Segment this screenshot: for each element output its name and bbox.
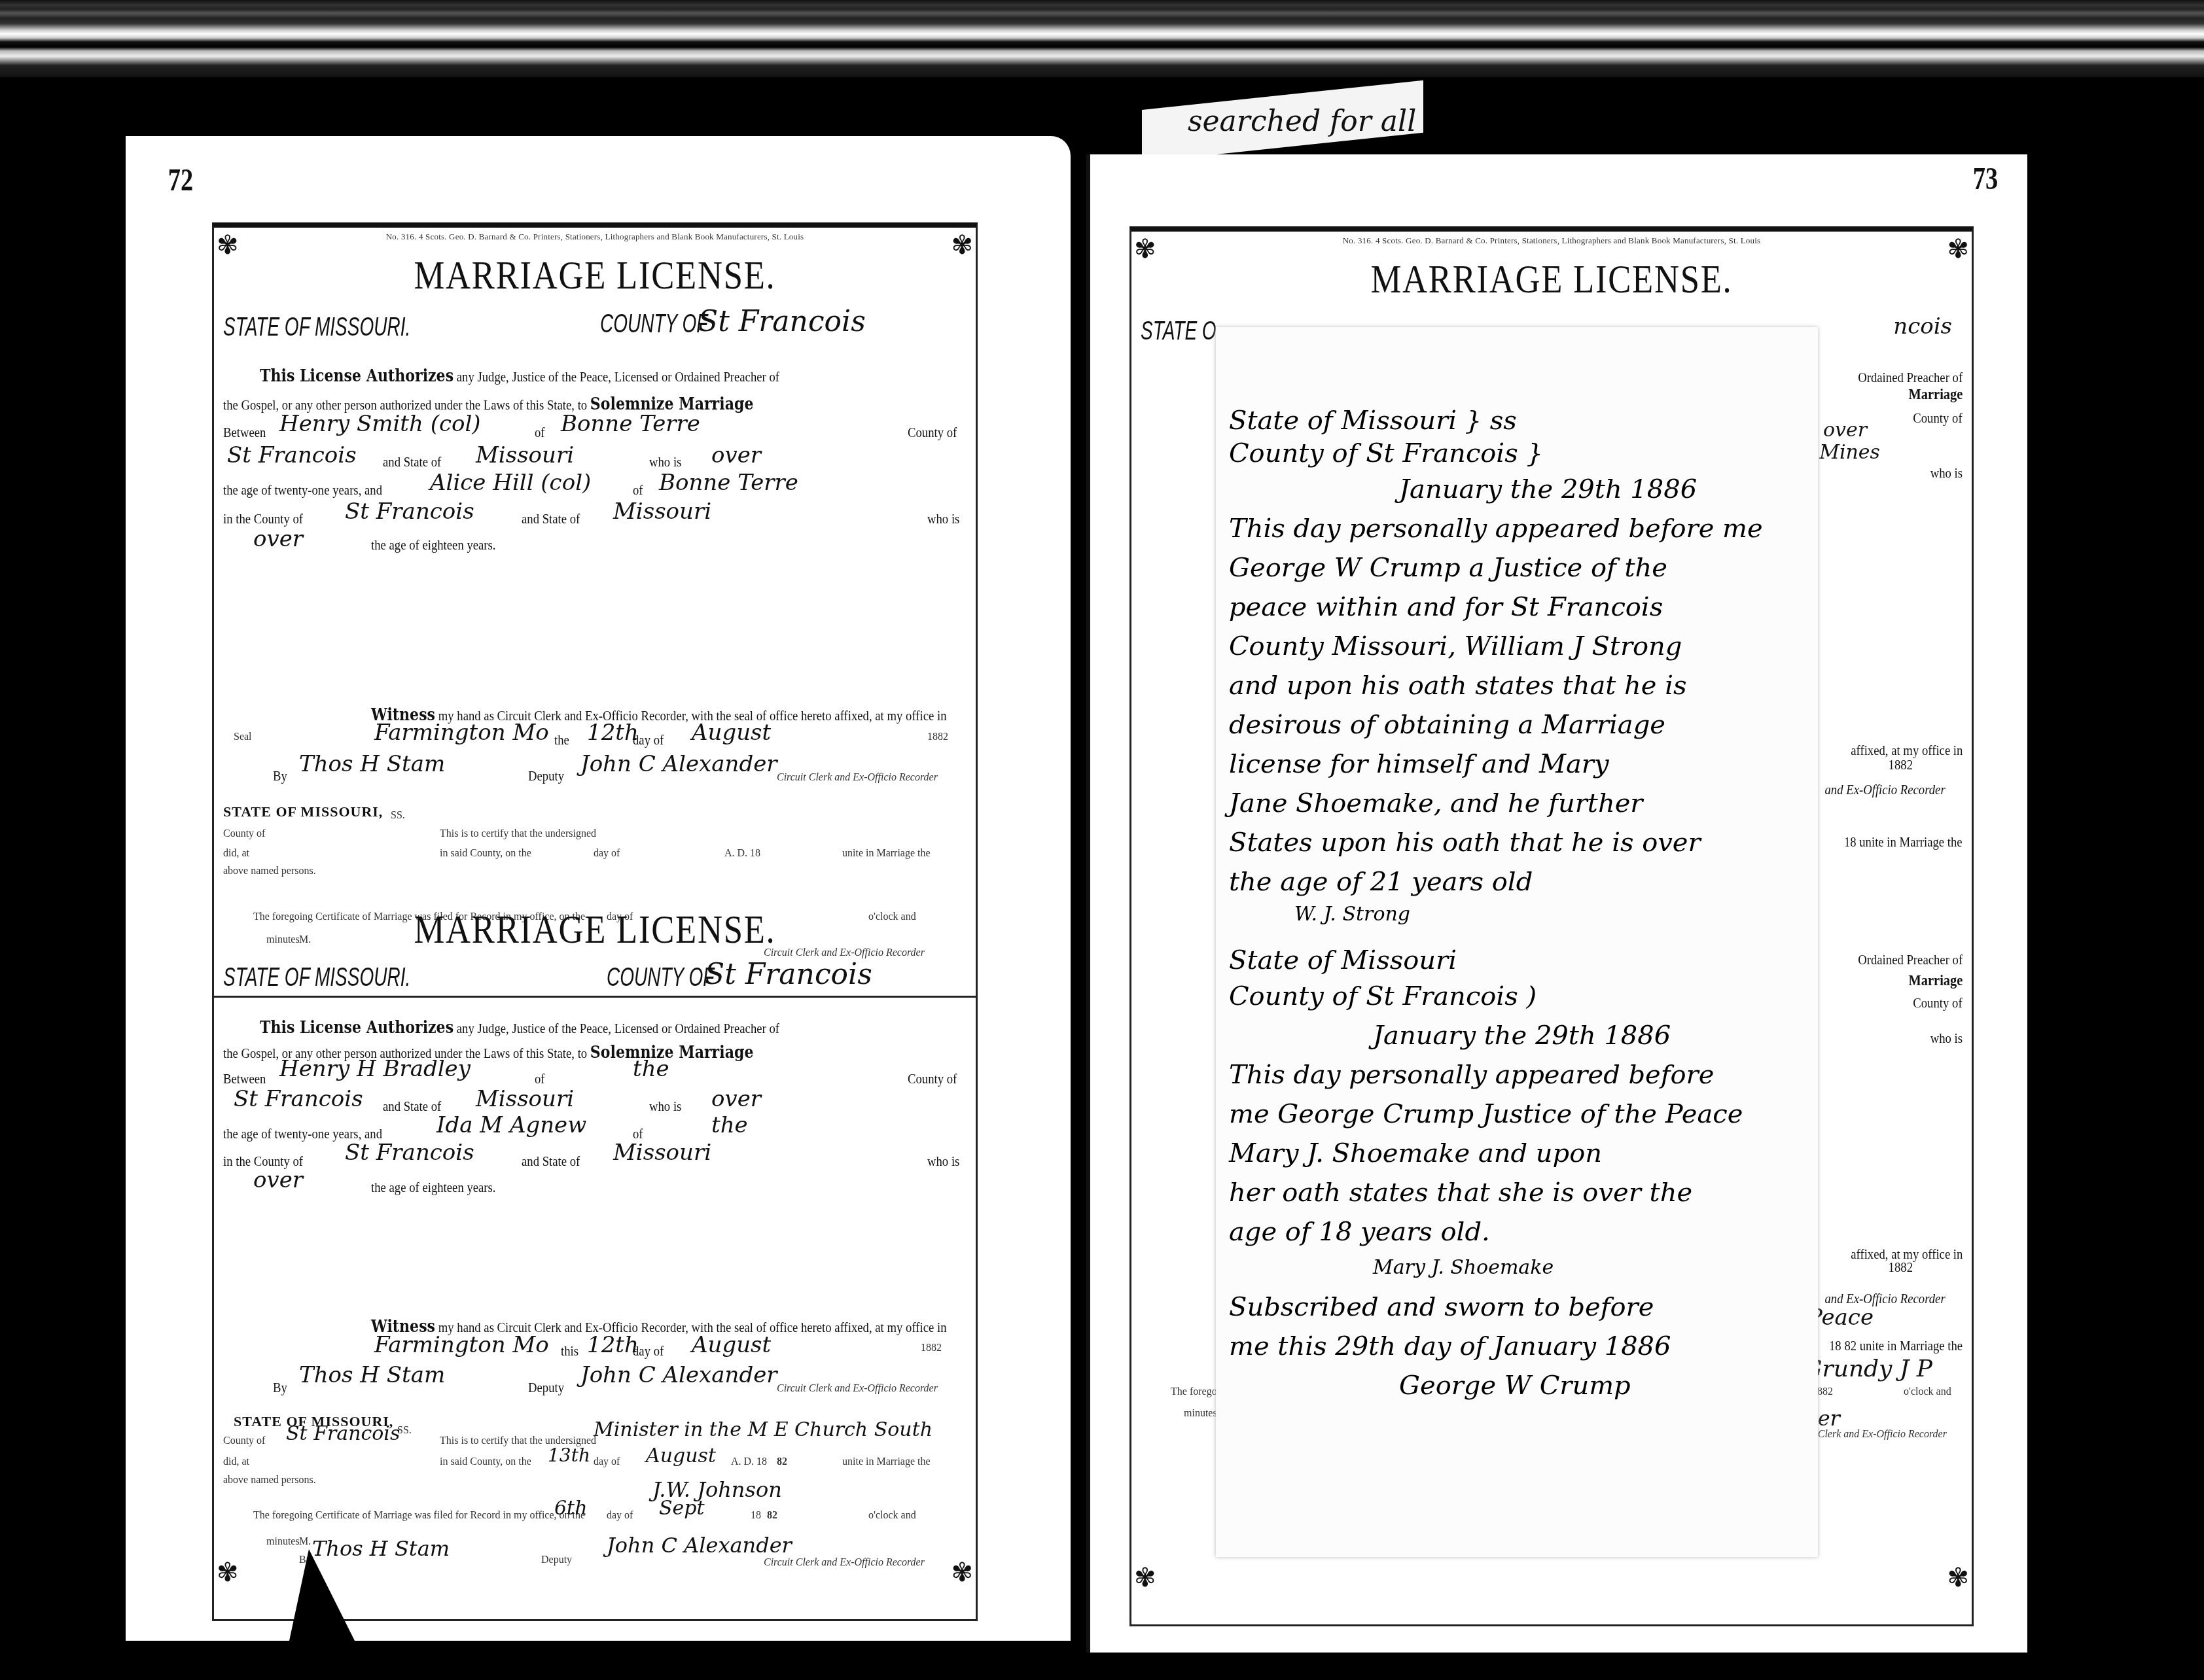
witness-day: 12th — [587, 720, 639, 746]
above-named: above named persons. — [223, 1475, 316, 1486]
affidavit-line: This day personally appeared before me — [1229, 514, 1763, 544]
the-label: the — [554, 731, 569, 748]
day-of-label: day of — [633, 1342, 664, 1359]
between-label: Between — [223, 424, 266, 441]
tab-note-text: searched for all — [1188, 105, 1416, 138]
clerk-signature: John C Alexander — [580, 1362, 777, 1388]
groom-residence: the — [633, 1056, 669, 1082]
witness-year: 1882 — [921, 1342, 942, 1354]
marriage-text: Marriage — [1908, 386, 1963, 404]
unite-text: unite in Marriage the — [842, 848, 931, 860]
groom-age-status: over — [711, 442, 761, 468]
bride-age-status: over — [253, 1167, 303, 1193]
authorizes-line: This License Authorizes any Judge, Justi… — [260, 1018, 779, 1038]
affidavit-line: January the 29th 1886 — [1399, 474, 1697, 504]
county-of-text: County of — [1913, 410, 1963, 427]
mines-value: Mines — [1819, 441, 1880, 464]
groom-state: Missouri — [476, 442, 574, 468]
groom-residence: Bonne Terre — [561, 411, 700, 437]
year-text-2: 1882 — [1889, 1259, 1913, 1276]
affidavit-line: January the 29th 1886 — [1373, 1021, 1671, 1051]
affidavit-line: the age of 21 years old — [1229, 867, 1533, 897]
ornament-icon: ✾ — [217, 1558, 262, 1617]
filed-month: Sept — [659, 1497, 705, 1520]
cert-ss: SS. — [391, 810, 405, 822]
cert-day-of: day of — [594, 848, 620, 860]
of-label: of — [633, 481, 643, 499]
and-state-label: and State of — [522, 1153, 580, 1170]
who-is-label: who is — [649, 453, 681, 470]
page-number: 73 — [1973, 161, 1998, 197]
witness-day: 12th — [587, 1332, 639, 1358]
county-header: COUNTY OF — [600, 309, 707, 339]
of-label: of — [535, 424, 545, 441]
groom-county: St Francois — [227, 442, 357, 468]
affidavit-line: and upon his oath states that he is — [1229, 671, 1687, 701]
seal-label: Seal — [234, 731, 252, 743]
affidavit-line: County of St Francois ) — [1229, 981, 1537, 1011]
license-2: MARRIAGE LICENSE. STATE OF MISSOURI. COU… — [212, 908, 978, 1621]
cert-ad: A. D. 18 — [731, 1456, 767, 1468]
affidavit-line: State of Missouri } ss — [1229, 406, 1517, 436]
affidavit-line: peace within and for St Francois — [1229, 592, 1663, 622]
minutes-text: minutes — [1184, 1408, 1217, 1420]
cert-state: STATE OF MISSOURI, — [223, 803, 383, 820]
affidavit-line: me George Crump Justice of the Peace — [1229, 1099, 1743, 1129]
county-value: St Francois — [705, 958, 872, 991]
printer-line: No. 316. 4 Scots. Geo. D. Barnard & Co. … — [214, 232, 976, 242]
county-of-label: County of — [908, 1070, 957, 1087]
filed-clerk-title: Circuit Clerk and Ex-Officio Recorder — [764, 1557, 925, 1569]
affidavit-line: desirous of obtaining a Marriage — [1229, 710, 1665, 740]
who-is-label: who is — [649, 1098, 681, 1115]
age18-text: the age of eighteen years. — [371, 536, 496, 553]
ornament-icon: ✾ — [1923, 234, 1969, 293]
and-state-label: and State of — [383, 453, 441, 470]
m-text: M. — [299, 1536, 311, 1548]
witness-place: Farmington Mo — [374, 1332, 549, 1358]
in-said-county: in said County, on the — [440, 848, 531, 860]
witness-place: Farmington Mo — [374, 720, 549, 746]
scanner-band — [0, 0, 2204, 77]
certify-text: This is to certify that the undersigned — [440, 828, 596, 840]
cert-county-label: County of — [223, 828, 265, 840]
groom-name: Henry Smith (col) — [279, 411, 481, 437]
filed-by-signature: Thos H Stam — [312, 1536, 450, 1561]
of-label: of — [535, 1070, 545, 1087]
affidavit-line: This day personally appeared before — [1229, 1060, 1714, 1090]
who-is-label: who is — [927, 510, 959, 527]
affidavit-line: George W Crump a Justice of the — [1229, 553, 1667, 583]
witness-month: August — [692, 1332, 771, 1358]
cert-year: 82 — [777, 1456, 787, 1468]
cert-day-of: day of — [594, 1456, 620, 1468]
preacher-text: Ordained Preacher of — [1858, 369, 1963, 386]
oclock-text: o'clock and — [868, 1510, 916, 1522]
groom-age-status: over — [711, 1086, 761, 1112]
ornament-icon: ✾ — [927, 1558, 973, 1617]
affidavit-line: Subscribed and sworn to before — [1229, 1292, 1654, 1322]
authorizes-line: This License Authorizes any Judge, Justi… — [260, 366, 779, 386]
witness-year: 1882 — [927, 731, 948, 743]
age21-text: the age of twenty-one years, and — [223, 481, 382, 499]
who-is-text: who is — [1930, 464, 1963, 481]
bride-age-status: over — [253, 526, 303, 552]
affidavit-signature: W. J. Strong — [1294, 903, 1410, 926]
bride-county: St Francois — [345, 499, 474, 525]
affidavit-line: County Missouri, William J Strong — [1229, 631, 1682, 661]
in-said-county: in said County, on the — [440, 1456, 531, 1468]
bride-county: St Francois — [345, 1140, 474, 1166]
affidavit-signature: George W Crump — [1399, 1371, 1631, 1401]
cert-county-label: County of — [223, 1435, 265, 1447]
county-of-text-2: County of — [1913, 994, 1963, 1011]
who-is-label: who is — [927, 1153, 959, 1170]
grundy-signature: Grundy J P — [1804, 1356, 1932, 1382]
unite-text: unite in Marriage the — [842, 1456, 931, 1468]
bride-state: Missouri — [613, 499, 711, 525]
cert-day: 13th — [548, 1444, 590, 1466]
by-label: By — [273, 1379, 287, 1396]
bride-state: Missouri — [613, 1140, 711, 1166]
filed-day: 6th — [554, 1497, 587, 1520]
left-page: 72 No. 316. 4 Scots. Geo. D. Barnard & C… — [126, 136, 1071, 1641]
affidavit-line: County of St Francois } — [1229, 438, 1543, 468]
county-of-label: County of — [908, 424, 957, 441]
page-number: 72 — [168, 162, 193, 198]
marriage-text-2: Marriage — [1908, 972, 1963, 990]
state-header-partial: STATE O — [1141, 317, 1217, 346]
affidavit-line: me this 29th day of January 1886 — [1229, 1331, 1671, 1361]
the-label: this — [561, 1342, 578, 1359]
and-state-label: and State of — [522, 510, 580, 527]
affidavit-line: State of Missouri — [1229, 945, 1457, 975]
cert-ad: A. D. 18 — [724, 848, 760, 860]
unite-text: 18 unite in Marriage the — [1844, 833, 1963, 850]
preacher-text-2: Ordained Preacher of — [1858, 951, 1963, 968]
county-partial: ncois — [1893, 313, 1952, 340]
deputy-label: Deputy — [528, 1379, 564, 1396]
ornament-icon: ✾ — [1923, 1563, 1969, 1622]
state-header: STATE OF MISSOURI. — [223, 313, 410, 342]
ornament-icon: ✾ — [1134, 234, 1180, 293]
oclock-text: o'clock and — [1904, 1386, 1951, 1398]
bride-name: Alice Hill (col) — [430, 470, 591, 496]
affidavit-line: age of 18 years old. — [1229, 1217, 1490, 1247]
did-at-label: did, at — [223, 1456, 249, 1468]
minutes-text: minutes — [266, 1536, 300, 1548]
ornament-icon: ✾ — [1134, 1563, 1180, 1622]
license-title: MARRIAGE LICENSE. — [271, 253, 918, 299]
age18-text: the age of eighteen years. — [371, 1179, 496, 1196]
ornament-icon: ✾ — [927, 230, 973, 289]
groom-county: St Francois — [234, 1086, 363, 1112]
witness-month: August — [692, 720, 771, 746]
unite-text-2: 18 82 unite in Marriage the — [1829, 1337, 1963, 1354]
did-at-label: did, at — [223, 848, 249, 860]
affidavit-line: her oath states that she is over the — [1229, 1178, 1692, 1208]
year-text: 1882 — [1889, 756, 1913, 773]
ornament-icon: ✾ — [217, 230, 262, 289]
certifier: Minister in the M E Church South — [594, 1418, 933, 1441]
filed-year-prefix: 18 — [751, 1510, 761, 1522]
groom-name: Henry H Bradley — [279, 1056, 471, 1082]
by-label: By — [273, 767, 287, 784]
tab-note: searched for all — [1142, 80, 1423, 162]
clerk-title: Circuit Clerk and Ex-Officio Recorder — [777, 772, 938, 784]
county-header: COUNTY OF — [607, 963, 714, 992]
deputy-signature: Thos H Stam — [299, 751, 445, 777]
recorder-text: and Ex-Officio Recorder — [1825, 781, 1946, 798]
deputy-label: Deputy — [528, 767, 564, 784]
bride-residence: the — [711, 1112, 748, 1138]
bride-residence: Bonne Terre — [659, 470, 798, 496]
above-named: above named persons. — [223, 866, 316, 877]
filed-day-of: day of — [607, 1510, 633, 1522]
affidavit-line: Jane Shoemake, and he further — [1229, 788, 1643, 818]
county-value: St Francois — [698, 305, 866, 338]
filed-clerk-signature: John C Alexander — [607, 1533, 792, 1558]
cert-month: August — [646, 1444, 716, 1467]
license-title: MARRIAGE LICENSE. — [271, 907, 918, 953]
affidavit-line: license for himself and Mary — [1229, 749, 1609, 779]
affidavit-line: Mary J. Shoemake and upon — [1229, 1138, 1602, 1168]
groom-state: Missouri — [476, 1086, 574, 1112]
between-label: Between — [223, 1070, 266, 1087]
deputy-label: Deputy — [541, 1554, 572, 1566]
cert-county-value: St Francois — [286, 1422, 400, 1445]
filed-text: The foregoing Certificate of Marriage wa… — [253, 1510, 585, 1522]
affidavit-sheet: State of Missouri } ss County of St Fran… — [1216, 327, 1818, 1557]
affidavit-line: States upon his oath that he is over — [1229, 828, 1701, 858]
license-1: No. 316. 4 Scots. Geo. D. Barnard & Co. … — [212, 222, 978, 998]
day-of-label: day of — [633, 731, 664, 748]
deputy-signature: Thos H Stam — [299, 1362, 445, 1388]
filed-year: 82 — [767, 1510, 777, 1522]
bride-name: Ida M Agnew — [436, 1112, 586, 1138]
who-is-text-2: who is — [1930, 1030, 1963, 1047]
affidavit-signature: Mary J. Shoemake — [1373, 1256, 1554, 1279]
in-county-label: in the County of — [223, 510, 303, 527]
state-header: STATE OF MISSOURI. — [223, 963, 410, 992]
printer-line: No. 316. 4 Scots. Geo. D. Barnard & Co. … — [1131, 236, 1972, 246]
clerk-title: Circuit Clerk and Ex-Officio Recorder — [777, 1383, 938, 1395]
and-state-label: and State of — [383, 1098, 441, 1115]
license-title: MARRIAGE LICENSE. — [1194, 256, 1908, 303]
clerk-signature: John C Alexander — [580, 751, 777, 777]
over-value: over — [1823, 419, 1867, 442]
